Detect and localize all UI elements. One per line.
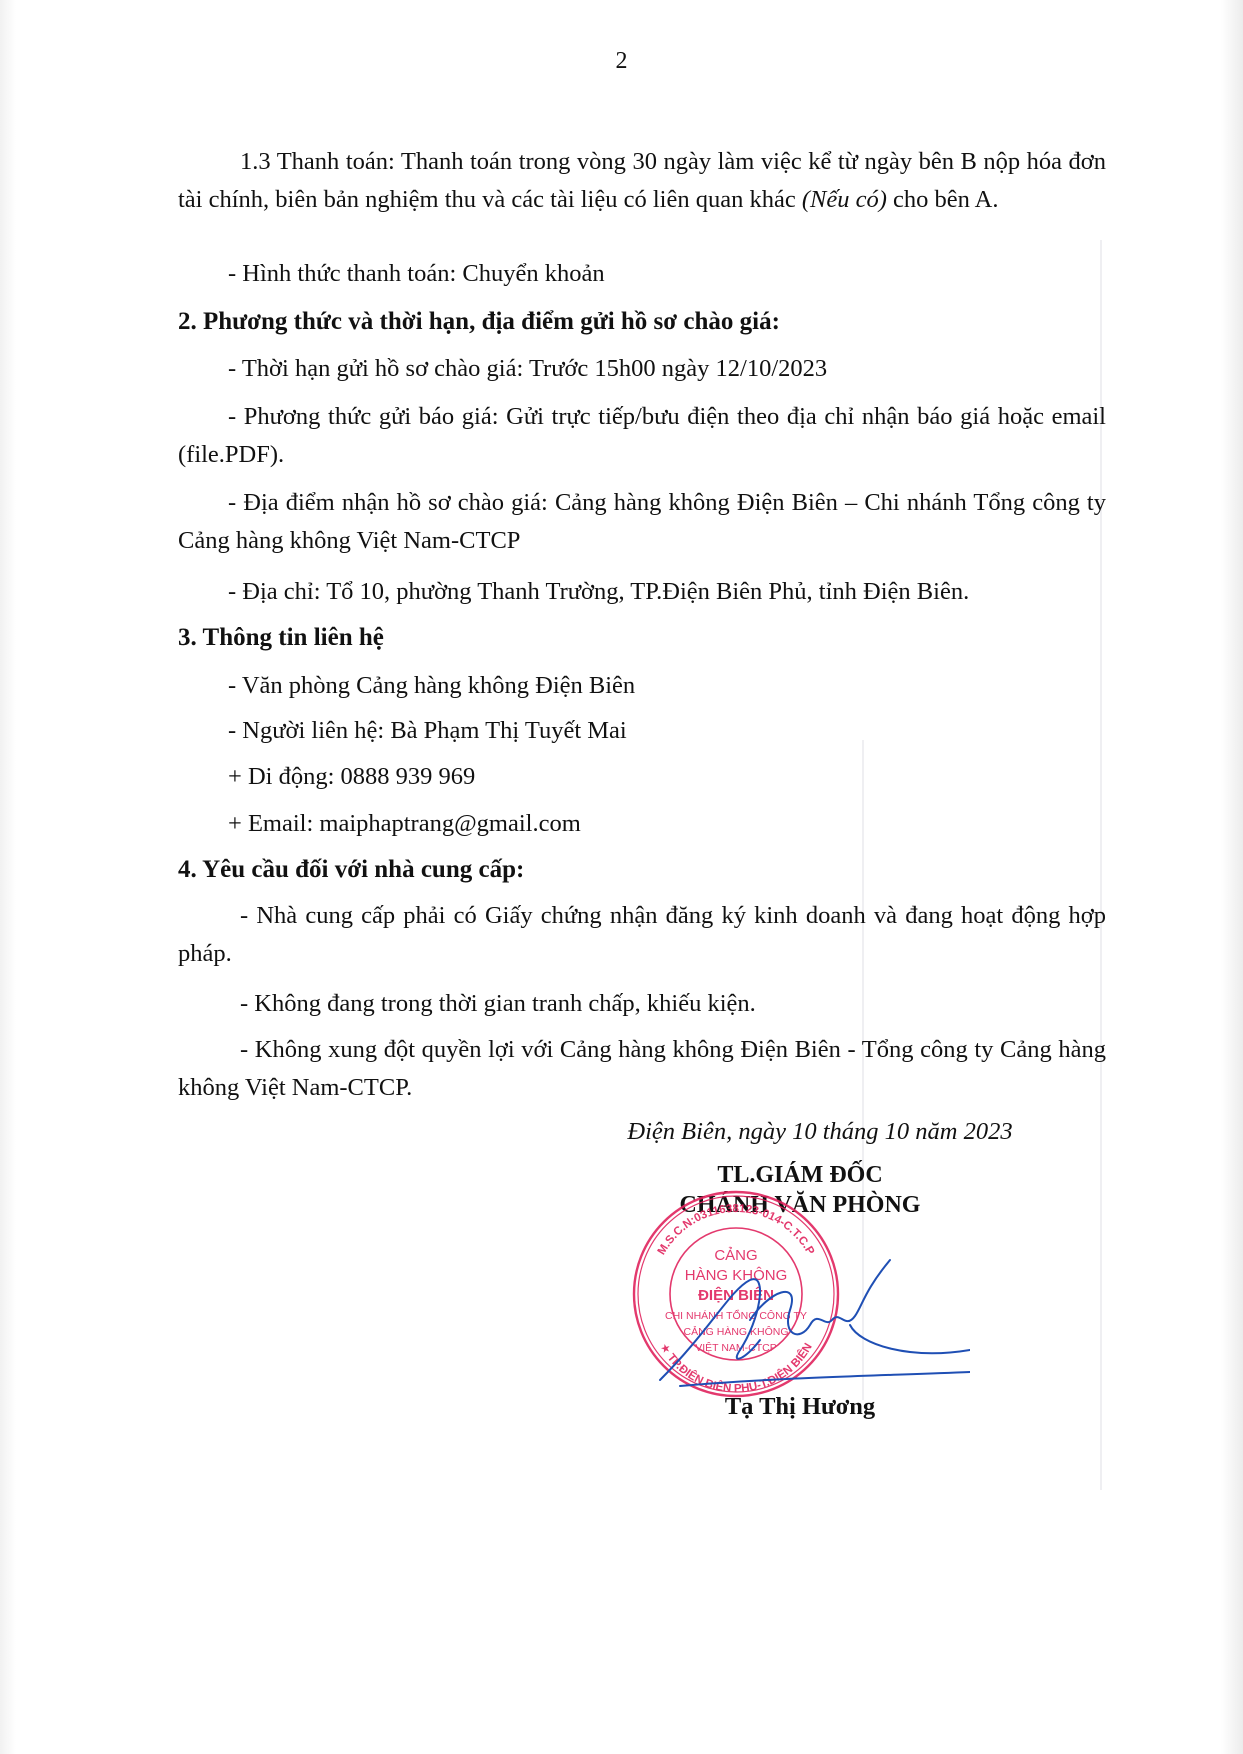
requirement-no-disputes: - Không đang trong thời gian tranh chấp,… [178,985,1168,1023]
contact-email: + Email: maiphaptrang@gmail.com [178,805,1156,843]
page-number: 2 [0,48,1243,75]
section-3-heading: 3. Thông tin liên hệ [178,619,1106,657]
submission-location: - Địa điểm nhận hồ sơ chào giá: Cảng hàn… [178,484,1106,560]
scan-edge-left [0,0,16,1754]
payment-terms-paragraph: 1.3 Thanh toán: Thanh toán trong vòng 30… [178,143,1106,219]
payment-terms-italic-note: (Nếu có) [802,186,887,213]
submission-method: - Phương thức gửi báo giá: Gửi trực tiếp… [178,398,1106,474]
signer-name: Tạ Thị Hương [560,1393,1040,1421]
contact-office: - Văn phòng Cảng hàng không Điện Biên [178,667,1156,705]
payment-method: - Hình thức thanh toán: Chuyển khoản [178,255,1156,293]
contact-mobile: + Di động: 0888 939 969 [178,758,1156,796]
scan-edge-right [1221,0,1243,1754]
section-2-heading: 2. Phương thức và thời hạn, địa điểm gửi… [178,303,1106,341]
payment-terms-tail: cho bên A. [887,186,999,213]
place-and-date: Điện Biên, ngày 10 tháng 10 năm 2023 [560,1118,1080,1146]
section-4-heading: 4. Yêu cầu đối với nhà cung cấp: [178,851,1106,889]
handwritten-signature-icon [650,1250,970,1390]
requirement-no-conflict: - Không xung đột quyền lợi với Cảng hàng… [178,1031,1106,1107]
requirement-business-license: - Nhà cung cấp phải có Giấy chứng nhận đ… [178,897,1106,973]
contact-person: - Người liên hệ: Bà Phạm Thị Tuyết Mai [178,712,1156,750]
signature-title-line-1: TL.GIÁM ĐỐC [560,1160,1040,1190]
submission-address: - Địa chỉ: Tổ 10, phường Thanh Trường, T… [178,573,1156,611]
submission-deadline: - Thời hạn gửi hồ sơ chào giá: Trước 15h… [178,350,1156,388]
